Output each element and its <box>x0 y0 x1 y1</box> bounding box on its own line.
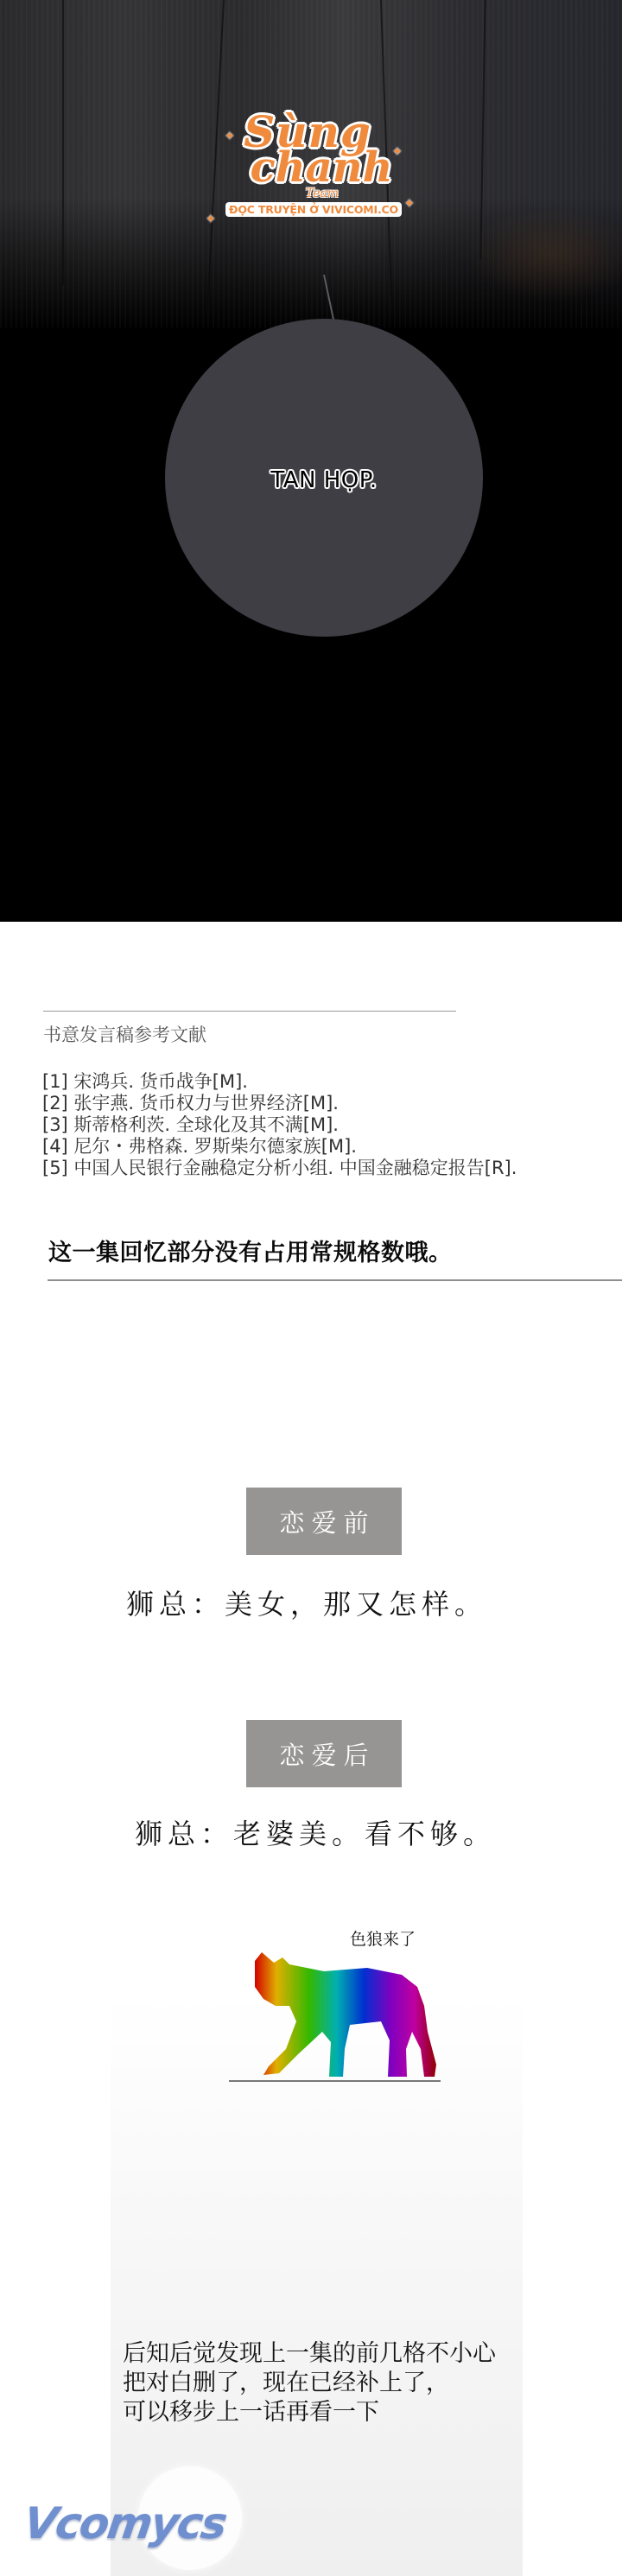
ground-line <box>229 2080 441 2082</box>
reference-item: [3] 斯蒂格利茨. 全球化及其不满[M]. <box>42 1114 517 1136</box>
wolf-meme-caption: 色狼来了 <box>350 1926 416 1950</box>
footer-note-line: 把对白删了，现在已经补上了， <box>123 2369 496 2398</box>
sparkle-icon: ✦ <box>404 197 415 211</box>
logo-subtitle: ĐỌC TRUYỆN Ở VIVICOMI.CO <box>225 202 402 217</box>
site-watermark: Vcomycs <box>21 2498 229 2548</box>
author-footer-note: 后知后觉发现上一集的前几格不小心 把对白删了，现在已经补上了， 可以移步上一话再… <box>123 2339 496 2427</box>
references-title: 书意发言稿参考文献 <box>43 1021 206 1047</box>
divider <box>48 1279 622 1281</box>
references-list: [1] 宋鸿兵. 货币战争[M]. [2] 张宇燕. 货币权力与世界经济[M].… <box>42 1071 517 1179</box>
sparkle-icon: ✦ <box>225 130 235 143</box>
after-love-quote: 狮总：老婆美。看不够。 <box>135 1812 496 1852</box>
footer-note-line: 可以移步上一话再看一下 <box>123 2398 496 2427</box>
before-love-tag-label: 恋爱前 <box>279 1504 375 1539</box>
after-love-tag: 恋爱后 <box>246 1720 402 1787</box>
ambient-glow <box>466 207 622 302</box>
after-love-tag-label: 恋爱后 <box>279 1736 375 1772</box>
fabric-fold <box>62 0 64 285</box>
reference-item: [2] 张宇燕. 货币权力与世界经济[M]. <box>42 1093 517 1114</box>
reference-item: [1] 宋鸿兵. 货币战争[M]. <box>42 1071 517 1093</box>
author-note-heading: 这一集回忆部分没有占用常规格数哦。 <box>48 1234 453 1267</box>
before-love-tag: 恋爱前 <box>246 1488 402 1555</box>
speech-bubble: TAN HỌP. <box>165 319 483 637</box>
speech-bubble-text: TAN HỌP. <box>270 467 377 493</box>
reference-item: [5] 中国人民银行金融稳定分析小组. 中国金融稳定报告[R]. <box>42 1158 517 1179</box>
sparkle-icon: ✦ <box>206 213 216 226</box>
sparkle-icon: ✦ <box>392 145 403 159</box>
comic-panel-dark: ✦ ✦ ✦ ✦ Sùng chanh Team ĐỌC TRUYỆN Ở VIV… <box>0 0 622 922</box>
reference-item: [4] 尼尔・弗格森. 罗斯柴尔德家族[M]. <box>42 1136 517 1158</box>
footer-note-line: 后知后觉发现上一集的前几格不小心 <box>123 2339 496 2369</box>
rainbow-wolf-meme: 色狼来了 <box>229 1919 445 2084</box>
before-love-quote: 狮总：美女，那又怎样。 <box>126 1583 487 1622</box>
scanlation-logo: ✦ ✦ ✦ ✦ Sùng chanh Team ĐỌC TRUYỆN Ở VIV… <box>200 111 427 256</box>
divider <box>43 1011 456 1012</box>
